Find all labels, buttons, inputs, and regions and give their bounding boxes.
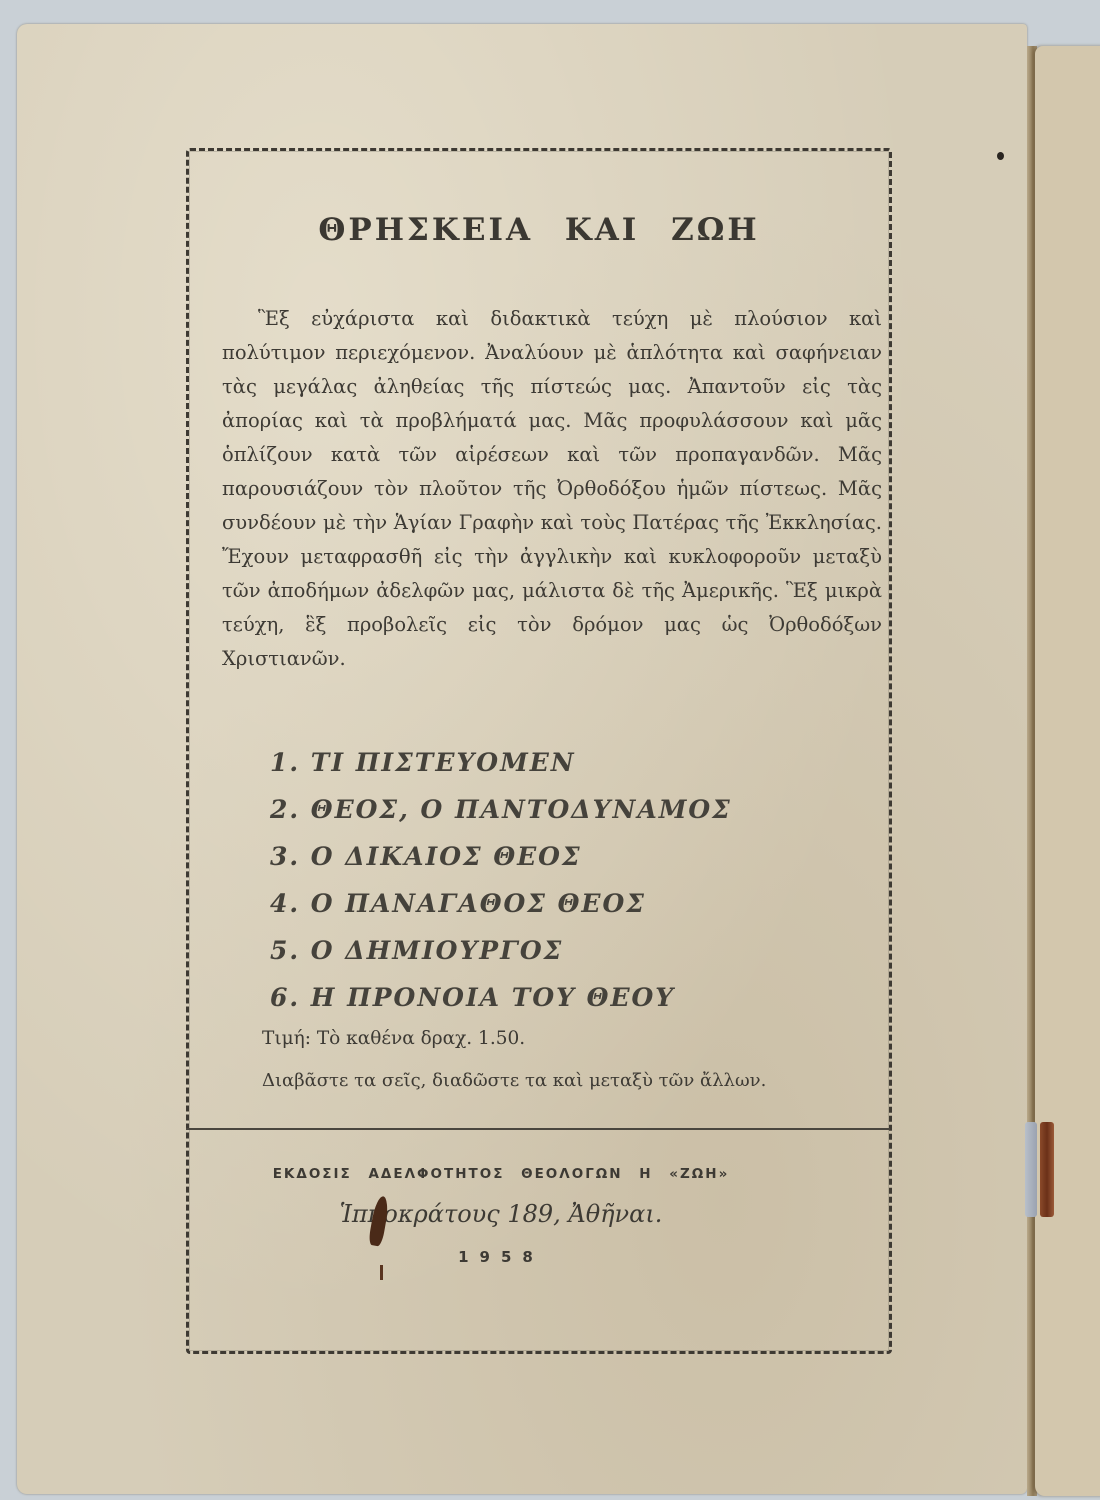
price-line: Τιμή: Τὸ καθένα δραχ. 1.50. [262, 1028, 525, 1049]
booklet-titles-list: 1. ΤΙ ΠΙΣΤΕΥΟΜΕΝ 2. ΘΕΟΣ, Ο ΠΑΝΤΟΔΥΝΑΜΟΣ… [270, 745, 830, 1027]
list-item: 5. Ο ΔΗΜΙΟΥΡΓΟΣ [270, 933, 830, 980]
list-item: 1. ΤΙ ΠΙΣΤΕΥΟΜΕΝ [270, 745, 830, 792]
paper-tear-mark [380, 1265, 383, 1280]
facing-page-edge [1035, 46, 1100, 1496]
ink-speck [997, 152, 1004, 160]
address-line: Ἱπποκράτους 189, Ἀθῆναι. [186, 1200, 816, 1228]
divider-rule [186, 1128, 890, 1130]
advice-line: Διαβᾶστε τα σεῖς, διαδῶστε τα καὶ μεταξὺ… [262, 1070, 766, 1091]
list-item: 6. Η ΠΡΟΝΟΙΑ ΤΟΥ ΘΕΟΥ [270, 980, 830, 1027]
rusted-staple [1040, 1122, 1054, 1217]
page-title: ΘΡΗΣΚΕΙΑ ΚΑΙ ΖΩΗ [186, 212, 892, 248]
list-item: 4. Ο ΠΑΝΑΓΑΘΟΣ ΘΕΟΣ [270, 886, 830, 933]
publication-year: 1958 [186, 1248, 816, 1266]
list-item: 2. ΘΕΟΣ, Ο ΠΑΝΤΟΔΥΝΑΜΟΣ [270, 792, 830, 839]
publisher-line: ΕΚΔΟΣΙΣ ΑΔΕΛΦΟΤΗΤΟΣ ΘΕΟΛΟΓΩΝ Η «ΖΩΗ» [186, 1166, 816, 1182]
staple-hole [1025, 1122, 1037, 1217]
description-paragraph: Ἓξ εὐχάριστα καὶ διδακτικὰ τεύχη μὲ πλού… [222, 302, 882, 676]
list-item: 3. Ο ΔΙΚΑΙΟΣ ΘΕΟΣ [270, 839, 830, 886]
